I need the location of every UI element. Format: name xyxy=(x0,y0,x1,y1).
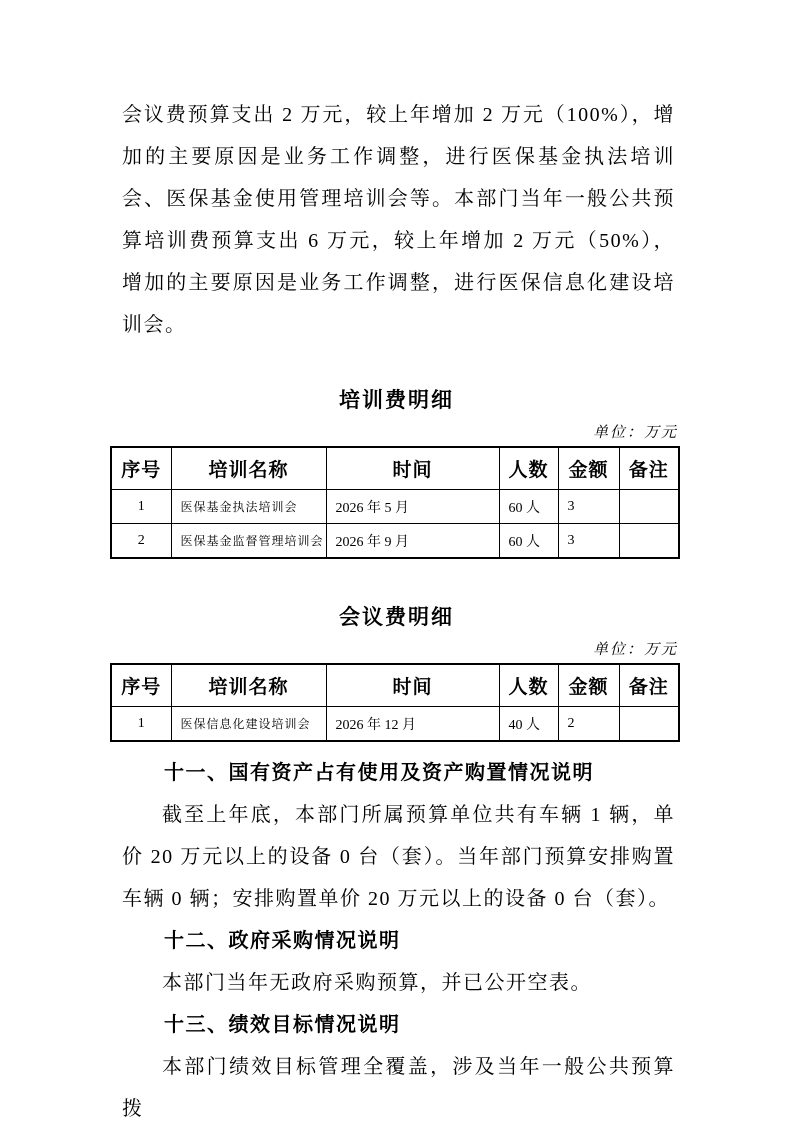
cell-note xyxy=(619,524,679,559)
cell-amount: 3 xyxy=(558,524,619,559)
cell-count: 40 人 xyxy=(499,707,558,742)
cell-name: 医保信息化建设培训会 xyxy=(171,707,326,742)
section-heading-11: 十一、国有资产占有使用及资产购置情况说明 xyxy=(122,752,673,794)
cell-note xyxy=(619,707,679,742)
cell-note xyxy=(619,490,679,524)
table-row: 1 医保信息化建设培训会 2026 年 12 月 40 人 2 xyxy=(111,707,679,742)
training-table: 序号 培训名称 时间 人数 金额 备注 1 医保基金执法培训会 2026 年 5… xyxy=(110,446,680,559)
cell-name: 医保基金执法培训会 xyxy=(171,490,326,524)
meeting-table: 序号 培训名称 时间 人数 金额 备注 1 医保信息化建设培训会 2026 年 … xyxy=(110,663,680,742)
cell-seq: 2 xyxy=(111,524,171,559)
section-12-paragraph: 本部门当年无政府采购预算，并已公开空表。 xyxy=(122,962,675,1004)
header-note: 备注 xyxy=(619,664,679,707)
header-seq: 序号 xyxy=(111,447,171,490)
cell-time: 2026 年 5 月 xyxy=(326,490,499,524)
cell-count: 60 人 xyxy=(499,524,558,559)
table-row: 2 医保基金监督管理培训会 2026 年 9 月 60 人 3 xyxy=(111,524,679,559)
cell-time: 2026 年 9 月 xyxy=(326,524,499,559)
cell-seq: 1 xyxy=(111,707,171,742)
training-table-title: 培训费明细 xyxy=(0,386,793,416)
header-count: 人数 xyxy=(499,664,558,707)
header-count: 人数 xyxy=(499,447,558,490)
meeting-table-unit-note: 单位：万元 xyxy=(0,641,678,659)
header-name: 培训名称 xyxy=(171,664,326,707)
cell-count: 60 人 xyxy=(499,490,558,524)
document-page: 会议费预算支出 2 万元，较上年增加 2 万元（100%），增加的主要原因是业务… xyxy=(0,0,793,1122)
cell-name: 医保基金监督管理培训会 xyxy=(171,524,326,559)
cell-seq: 1 xyxy=(111,490,171,524)
header-seq: 序号 xyxy=(111,664,171,707)
header-note: 备注 xyxy=(619,447,679,490)
section-11-paragraph: 截至上年底，本部门所属预算单位共有车辆 1 辆，单价 20 万元以上的设备 0 … xyxy=(122,794,675,920)
section-heading-12: 十二、政府采购情况说明 xyxy=(122,920,673,962)
section-heading-13: 十三、绩效目标情况说明 xyxy=(122,1004,673,1046)
training-table-unit-note: 单位：万元 xyxy=(0,424,678,442)
table-row: 1 医保基金执法培训会 2026 年 5 月 60 人 3 xyxy=(111,490,679,524)
section-13-paragraph: 本部门绩效目标管理全覆盖，涉及当年一般公共预算拨 xyxy=(122,1046,675,1122)
header-amount: 金额 xyxy=(558,664,619,707)
header-time: 时间 xyxy=(326,664,499,707)
header-amount: 金额 xyxy=(558,447,619,490)
header-time: 时间 xyxy=(326,447,499,490)
meeting-table-title: 会议费明细 xyxy=(0,603,793,633)
meeting-table-header-row: 序号 培训名称 时间 人数 金额 备注 xyxy=(111,664,679,707)
intro-paragraph: 会议费预算支出 2 万元，较上年增加 2 万元（100%），增加的主要原因是业务… xyxy=(122,94,675,346)
cell-amount: 2 xyxy=(558,707,619,742)
header-name: 培训名称 xyxy=(171,447,326,490)
cell-time: 2026 年 12 月 xyxy=(326,707,499,742)
cell-amount: 3 xyxy=(558,490,619,524)
training-table-header-row: 序号 培训名称 时间 人数 金额 备注 xyxy=(111,447,679,490)
